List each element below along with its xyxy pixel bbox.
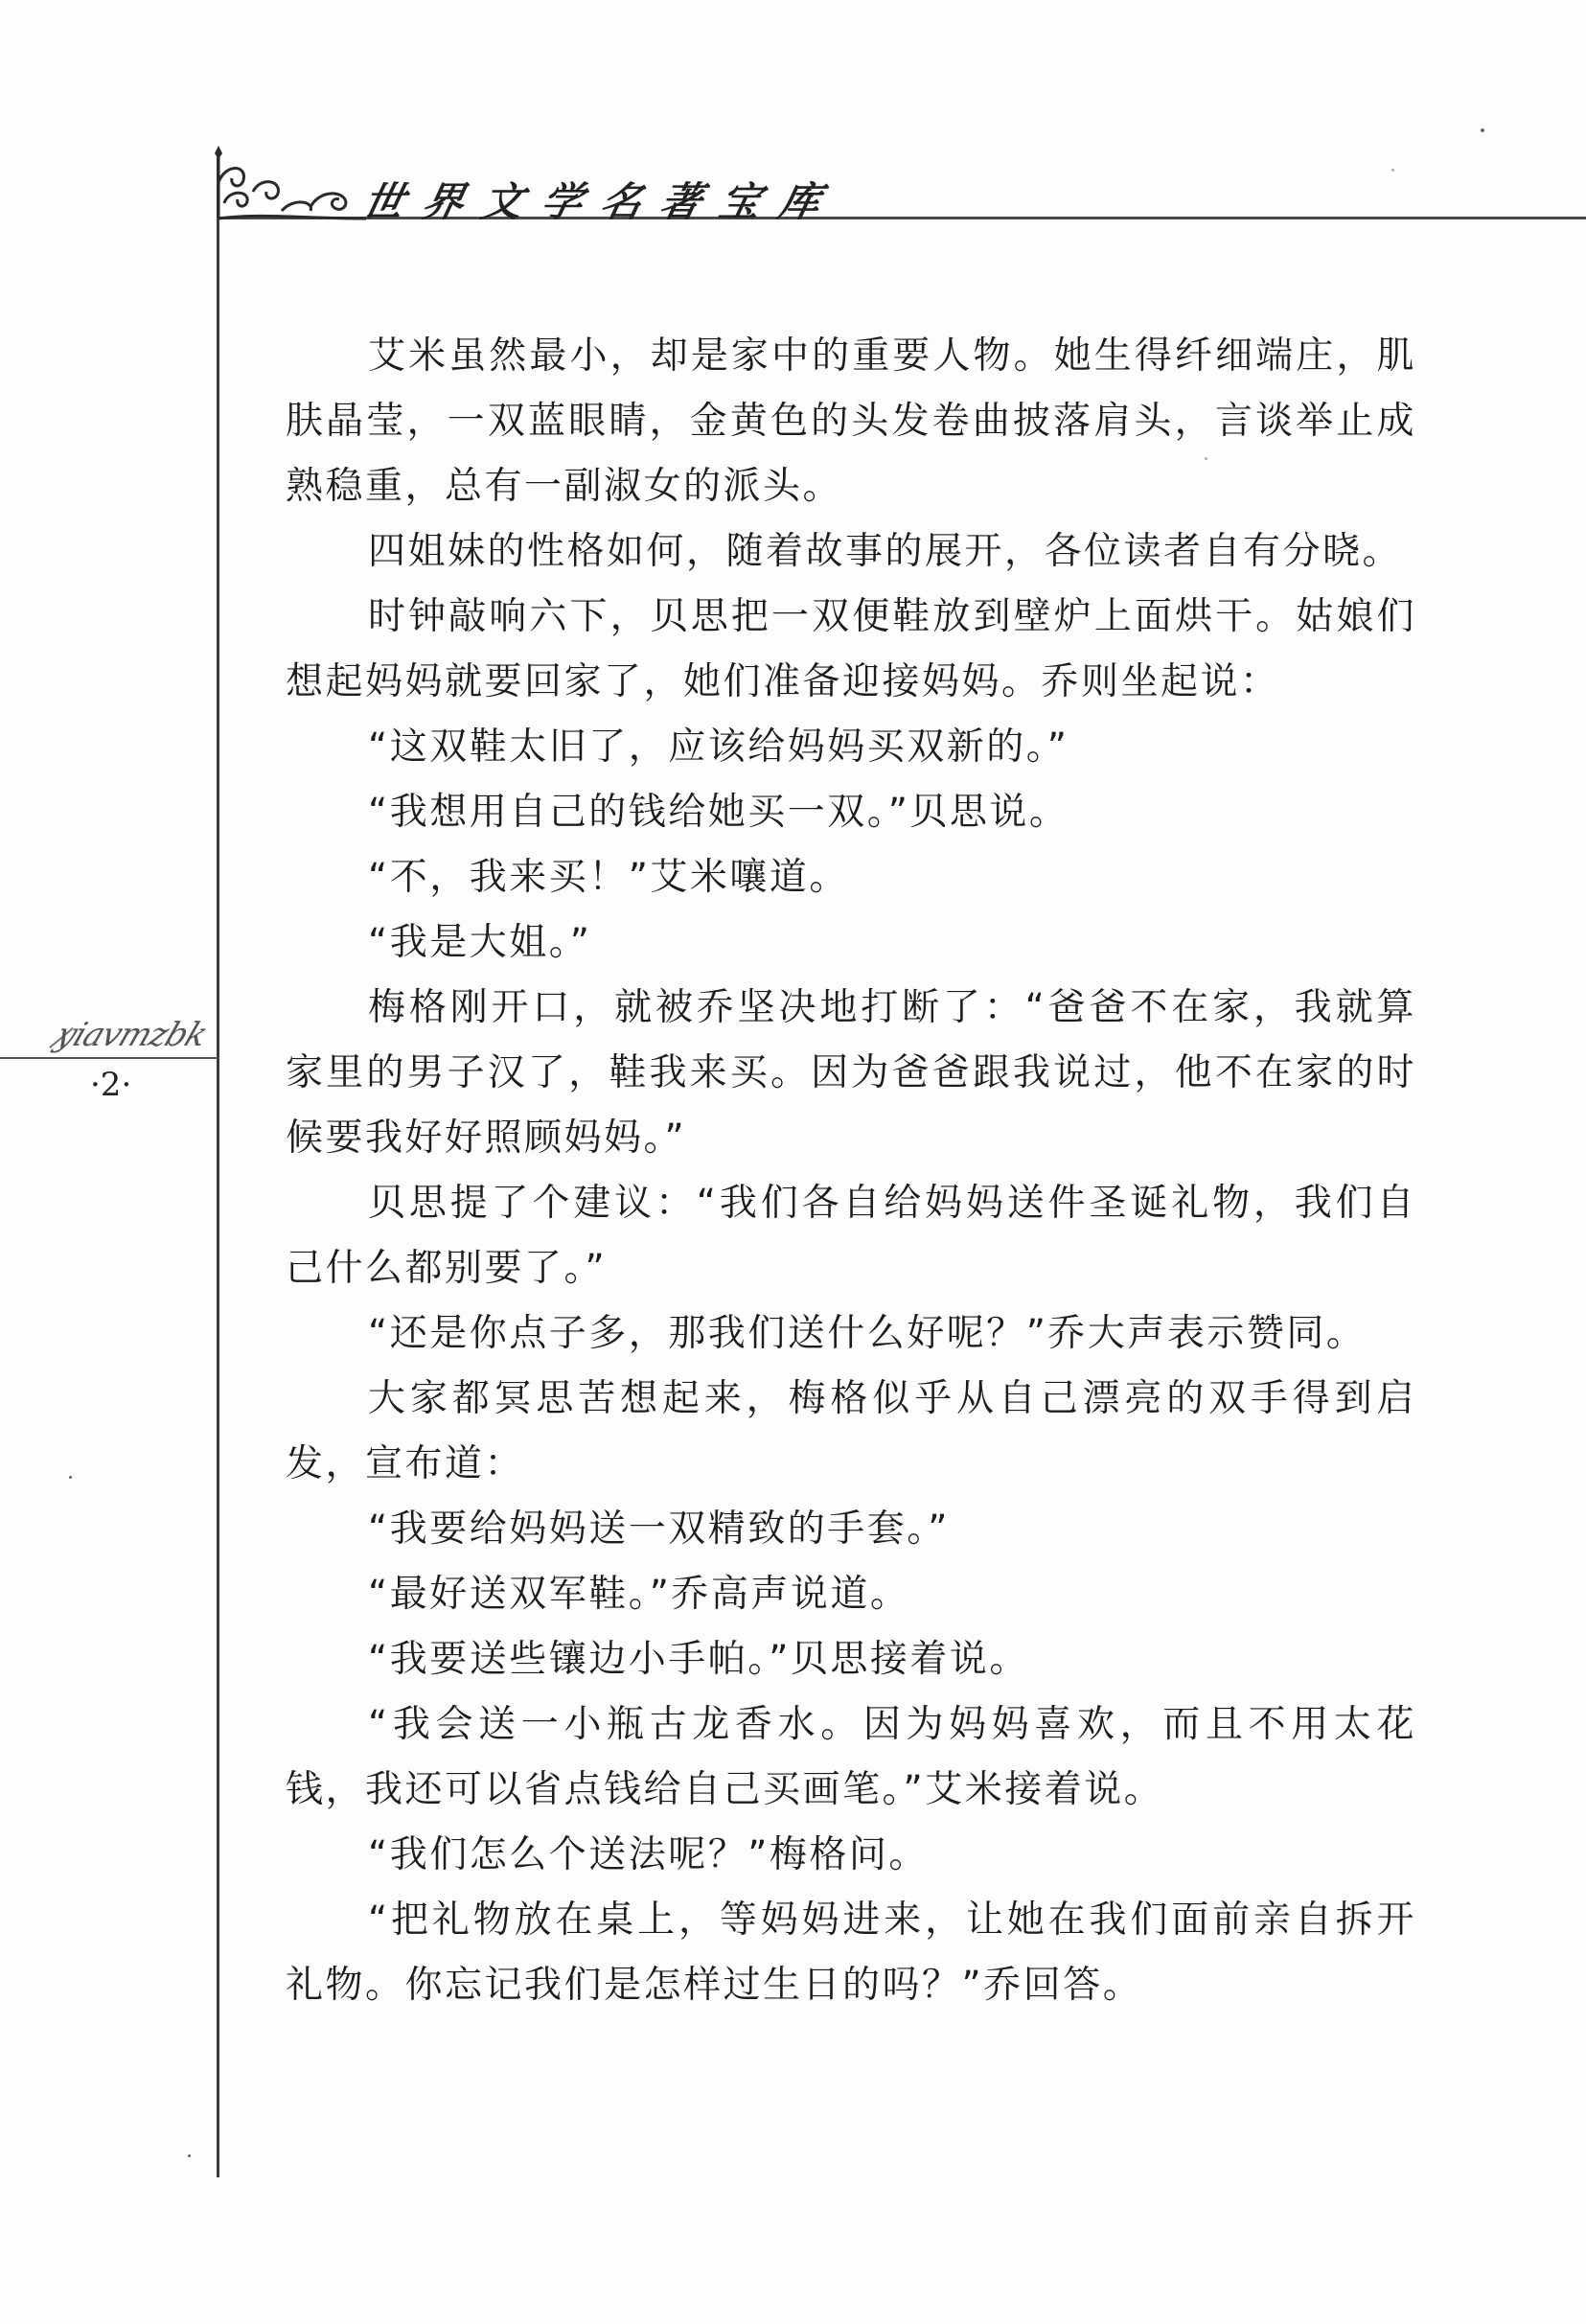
paragraph: “我们怎么个送法呢？”梅格问。 <box>286 1823 1416 1888</box>
paragraph: “我会送一小瓶古龙香水。因为妈妈喜欢，而且不用太花钱，我还可以省点钱给自己买画笔… <box>286 1692 1416 1823</box>
paragraph: “我要给妈妈送一双精致的手套。” <box>286 1497 1416 1562</box>
scan-speck <box>69 1476 72 1479</box>
paragraph: 四姐妹的性格如何，随着故事的展开，各位读者自有分晓。 <box>286 519 1416 585</box>
paragraph: “最好送双军鞋。”乔高声说道。 <box>286 1562 1416 1627</box>
paragraph: 大家都冥思苦想起来，梅格似乎从自己漂亮的双手得到启发，宣布道： <box>286 1367 1416 1497</box>
book-page: 世界文学名著宝库 yiavmzbk ·2· 艾米虽然最小，却是家中的重要人物。她… <box>0 0 1586 2324</box>
scan-speck <box>188 2154 191 2157</box>
body-text: 艾米虽然最小，却是家中的重要人物。她生得纤细端庄，肌肤晶莹，一双蓝眼睛，金黄色的… <box>286 324 1416 2018</box>
paragraph: “还是你点子多，那我们送什么好呢？”乔大声表示赞同。 <box>286 1301 1416 1367</box>
scan-speck <box>1481 128 1484 132</box>
margin-vertical-rule <box>217 153 219 2177</box>
paragraph: 时钟敲响六下，贝思把一双便鞋放到壁炉上面烘干。姑娘们想起妈妈就要回家了，她们准备… <box>286 585 1416 715</box>
series-title: 世界文学名著宝库 <box>358 171 846 228</box>
paragraph: 艾米虽然最小，却是家中的重要人物。她生得纤细端庄，肌肤晶莹，一双蓝眼睛，金黄色的… <box>286 324 1416 519</box>
paragraph: 梅格刚开口，就被乔坚决地打断了：“爸爸不在家，我就算家里的男子汉了，鞋我来买。因… <box>286 976 1416 1171</box>
paragraph: 贝思提了个建议：“我们各自给妈妈送件圣诞礼物，我们自己什么都别要了。” <box>286 1171 1416 1301</box>
paragraph: “把礼物放在桌上，等妈妈进来，让她在我们面前亲自拆开礼物。你忘记我们是怎样过生日… <box>286 1888 1416 2018</box>
scan-speck <box>1205 457 1207 460</box>
paragraph: “不，我来买！”艾米嚷道。 <box>286 845 1416 910</box>
paragraph: “我想用自己的钱给她买一双。”贝思说。 <box>286 780 1416 845</box>
page-number: ·2· <box>90 1066 131 1104</box>
scan-speck <box>1391 169 1394 172</box>
scroll-ornament-icon <box>205 144 368 222</box>
paragraph: “这双鞋太旧了，应该给妈妈买双新的。” <box>286 715 1416 780</box>
side-rule <box>0 1057 218 1059</box>
paragraph: “我是大姐。” <box>286 910 1416 976</box>
paragraph: “我要送些镶边小手帕。”贝思接着说。 <box>286 1627 1416 1692</box>
side-label: yiavmzbk <box>51 1016 213 1054</box>
